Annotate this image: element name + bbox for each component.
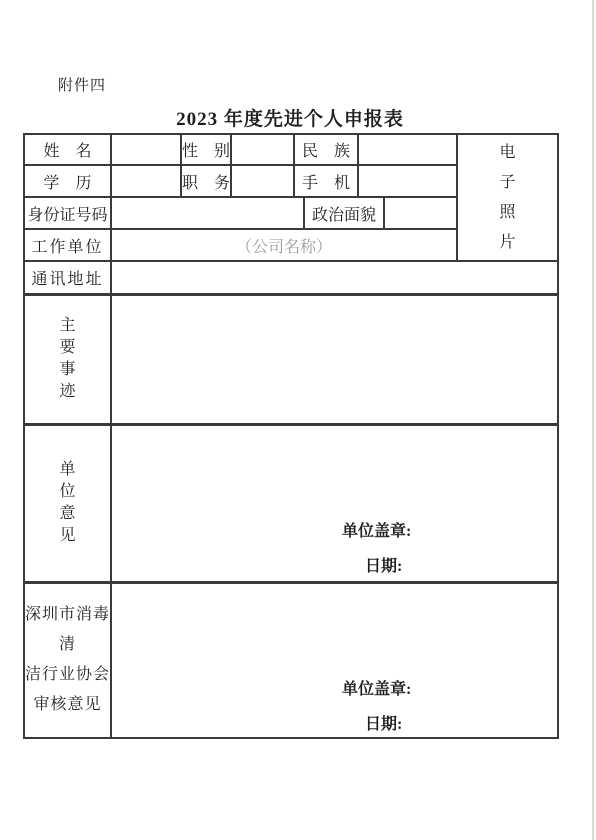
photo-label-char: 电 — [458, 138, 557, 168]
name-value[interactable] — [111, 134, 181, 165]
gender-value[interactable] — [231, 134, 294, 165]
association-opinion-label: 深圳市消毒清 洁行业协会 审核意见 — [24, 582, 111, 738]
work-unit-value[interactable]: （公司名称） — [111, 229, 457, 261]
political-status-label: 政治面貌 — [304, 197, 384, 229]
work-unit-label: 工作单位 — [24, 229, 111, 261]
page-title: 2023 年度先进个人申报表 — [0, 104, 580, 131]
photo-cell[interactable]: 电 子 照 片 — [457, 134, 558, 261]
position-value[interactable] — [231, 165, 294, 197]
association-opinion-area[interactable]: 单位盖章: 日期: — [111, 582, 558, 738]
mailing-address-value[interactable] — [111, 261, 558, 294]
attachment-label: 附件四 — [58, 74, 106, 95]
photo-label-char: 片 — [458, 228, 557, 258]
main-deeds-area[interactable] — [111, 294, 558, 424]
ethnicity-label: 民 族 — [294, 134, 358, 165]
unit-opinion-label: 单 位 意 见 — [24, 424, 111, 582]
education-value[interactable] — [111, 165, 181, 197]
main-deeds-label: 主 要 事 迹 — [24, 294, 111, 424]
position-label: 职 务 — [181, 165, 231, 197]
unit-opinion-area[interactable]: 单位盖章: 日期: — [111, 424, 558, 582]
mobile-value[interactable] — [358, 165, 457, 197]
association-date-label: 日期: — [365, 717, 402, 733]
id-number-label: 身份证号码 — [24, 197, 111, 229]
mobile-label: 手 机 — [294, 165, 358, 197]
application-form-table: 姓 名 性 别 民 族 电 子 照 片 学 历 职 务 手 机 身份证号码 政治… — [23, 133, 559, 739]
photo-label-char: 子 — [458, 168, 557, 198]
unit-date-label: 日期: — [365, 559, 402, 575]
mailing-address-label: 通讯地址 — [24, 261, 111, 294]
gender-label: 性 别 — [181, 134, 231, 165]
association-seal-label: 单位盖章: — [342, 682, 411, 698]
id-number-value[interactable] — [111, 197, 304, 229]
name-label: 姓 名 — [24, 134, 111, 165]
unit-seal-label: 单位盖章: — [342, 524, 411, 540]
photo-label-char: 照 — [458, 198, 557, 228]
education-label: 学 历 — [24, 165, 111, 197]
page-edge-line — [592, 0, 594, 840]
ethnicity-value[interactable] — [358, 134, 457, 165]
political-status-value[interactable] — [384, 197, 457, 229]
